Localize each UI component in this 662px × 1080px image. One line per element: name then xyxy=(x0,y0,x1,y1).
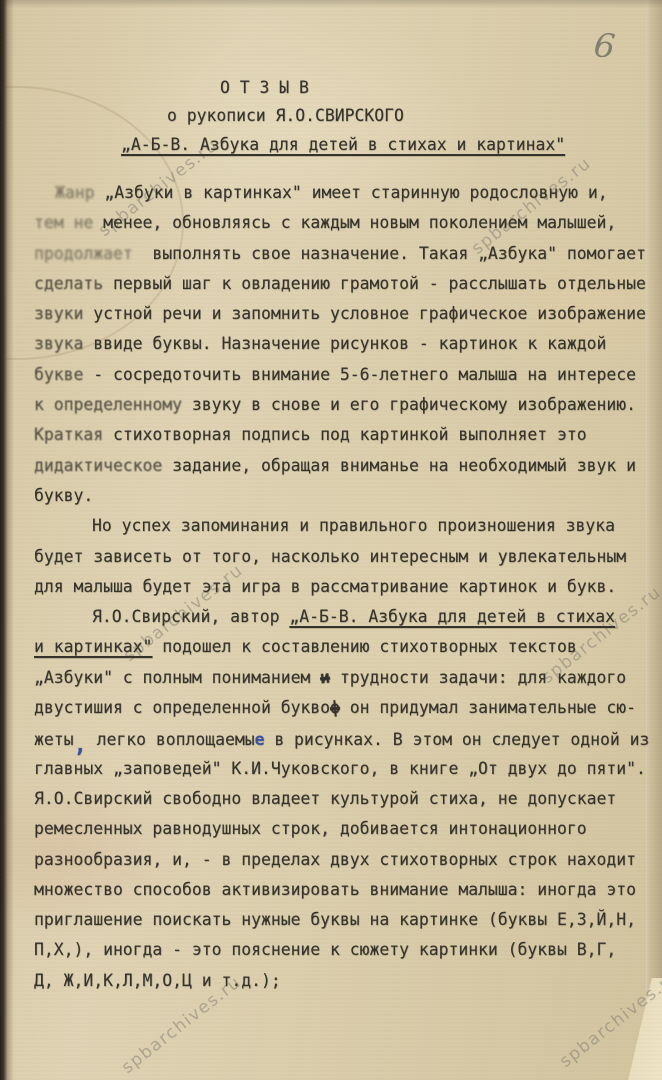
text-segment: звуку в снове и его графическому изображ… xyxy=(182,395,636,414)
text-segment: „Азбуки в картинках" имеет старинную род… xyxy=(94,183,607,202)
text-segment: легко воплощаемы xyxy=(87,730,255,749)
text-segment: букве xyxy=(34,365,83,384)
text-line: Краткая стихотворная подпись под картинк… xyxy=(34,420,654,450)
text-segment: - сосредоточить внимание 5-6-летнего мал… xyxy=(83,365,636,384)
text-line: Я.О.Свирский свободно владеет культурой … xyxy=(34,784,654,814)
text-segment: П,Х,), иногда - это пояснение к сюжету к… xyxy=(34,940,616,959)
text-segment: дидактическое xyxy=(34,456,162,475)
text-segment: выполнять свое назначение. Такая „Азбука… xyxy=(133,244,646,263)
text-line: будет зависеть от того, насколько интере… xyxy=(34,542,654,572)
text-segment: Я.О.Свирский, автор xyxy=(92,607,289,626)
typewritten-document: О Т З Ы В о рукописи Я.О.СВИРСКОГО „А-Б-… xyxy=(0,0,662,1080)
text-line: жеты, легко воплощаемые в рисунках. В эт… xyxy=(34,723,654,753)
text-segment: приглашение поискать нужные буквы на кар… xyxy=(34,910,636,929)
text-segment: „Азбуки" с полным пониманием xyxy=(34,668,320,687)
text-segment: разнообразия, и, - в пределах двух стихо… xyxy=(34,850,636,869)
book-title-line: „А-Б-В. Азбука для детей в стихах и карт… xyxy=(121,135,565,154)
text-segment: Но успех запоминания и правильного произ… xyxy=(92,516,615,535)
text-line: ремесленных равнодушных строк, добиваетс… xyxy=(34,814,654,844)
text-segment: трудности задачи: для каждого xyxy=(330,668,626,687)
text-segment: звуки xyxy=(34,304,83,323)
text-line: звука ввиде буквы. Назначение рисунков -… xyxy=(34,329,654,359)
text-line: Д, Ж,И,К,Л,М,О,Ц и т.д.); xyxy=(34,966,654,996)
text-segment: Краткая xyxy=(34,425,103,444)
text-segment: Жанр xyxy=(55,183,94,202)
document-page: 6 spbarchives.ruspbarchives.ruspbarchive… xyxy=(0,0,662,1080)
text-segment: ввиде буквы. Назначение рисунков - карти… xyxy=(83,334,606,353)
text-segment: жеты xyxy=(34,730,73,749)
text-segment: устной речи и запомнить условное графиче… xyxy=(83,304,645,323)
handwritten-ink-correction: , xyxy=(73,730,86,760)
text-line: Я.О.Свирский, автор „А-Б-В. Азбука для д… xyxy=(34,602,654,632)
text-segment: подошел к составлению стихотворных текст… xyxy=(152,637,576,656)
review-title: О Т З Ы В xyxy=(220,78,309,97)
text-line: Жанр „Азбуки в картинках" имеет старинну… xyxy=(34,178,654,208)
handwritten-ink-correction: е xyxy=(255,730,265,749)
text-line: тем не менее, обновляясь с каждым новым … xyxy=(34,208,654,238)
text-segment: тем не xyxy=(34,213,93,232)
text-line: главных „заповедей" К.И.Чуковского, в кн… xyxy=(34,754,654,784)
text-segment: в рисунках. В этом он следует одной из xyxy=(264,730,649,749)
text-line: приглашение поискать нужные буквы на кар… xyxy=(34,905,654,935)
text-segment: „А-Б-В. Азбука для детей в стихах xyxy=(289,607,615,626)
text-segment: менее, обновляясь с каждым новым поколен… xyxy=(93,213,616,232)
text-line: разнообразия, и, - в пределах двух стихо… xyxy=(34,845,654,875)
document-body: Жанр „Азбуки в картинках" имеет старинну… xyxy=(34,178,654,996)
text-segment: первый шаг к овладению грамотой - расслы… xyxy=(103,274,646,293)
text-segment: он придумал занимательные сю- xyxy=(340,698,636,717)
text-line: и картинках" подошел к составлению стихо… xyxy=(34,632,654,662)
text-line: Но успех запоминания и правильного произ… xyxy=(34,511,654,541)
text-segment: стихотворная подпись под картинкой выпол… xyxy=(103,425,587,444)
text-line: звуки устной речи и запомнить условное г… xyxy=(34,299,654,329)
text-line: множество способов активизировать вниман… xyxy=(34,875,654,905)
text-segment: букву. xyxy=(34,486,93,505)
text-segment: главных „заповедей" К.И.Чуковского, в кн… xyxy=(34,759,646,778)
text-segment: множество способов активизировать вниман… xyxy=(34,880,636,899)
text-segment: ремесленных равнодушных строк, добиваетс… xyxy=(34,819,587,838)
text-segment: звука xyxy=(34,334,83,353)
text-line: продолжает выполнять свое назначение. Та… xyxy=(34,239,654,269)
text-line: для малыша будет эта игра в рассматриван… xyxy=(34,572,654,602)
text-segment: задание, обращая вниманье на необходимый… xyxy=(162,456,636,475)
manuscript-author-line: о рукописи Я.О.СВИРСКОГО xyxy=(167,106,404,125)
text-line: двустишия с определенной буквоф он приду… xyxy=(34,693,654,723)
text-segment: Д, Ж,И,К,Л,М,О,Ц и т.д.); xyxy=(34,971,281,990)
text-line: П,Х,), иногда - это пояснение к сюжету к… xyxy=(34,935,654,965)
text-segment: сделать xyxy=(34,274,103,293)
text-line: букве - сосредоточить внимание 5-6-летне… xyxy=(34,360,654,390)
text-segment: продолжает xyxy=(34,244,133,263)
text-segment: двустишия с определенной букво xyxy=(34,698,330,717)
text-segment: будет зависеть от того, насколько интере… xyxy=(34,547,626,566)
text-segment: и картинках" xyxy=(34,637,152,656)
text-line: букву. xyxy=(34,481,654,511)
text-segment: Я.О.Свирский свободно владеет культурой … xyxy=(34,789,616,808)
text-segment: для малыша будет эта игра в рассматриван… xyxy=(34,577,616,596)
text-line: сделать первый шаг к овладению грамотой … xyxy=(34,269,654,299)
text-line: „Азбуки" с полным пониманием и трудности… xyxy=(34,663,654,693)
text-segment: к определенному xyxy=(34,395,182,414)
text-line: к определенному звуку в снове и его граф… xyxy=(34,390,654,420)
text-line: дидактическое задание, обращая вниманье … xyxy=(34,451,654,481)
